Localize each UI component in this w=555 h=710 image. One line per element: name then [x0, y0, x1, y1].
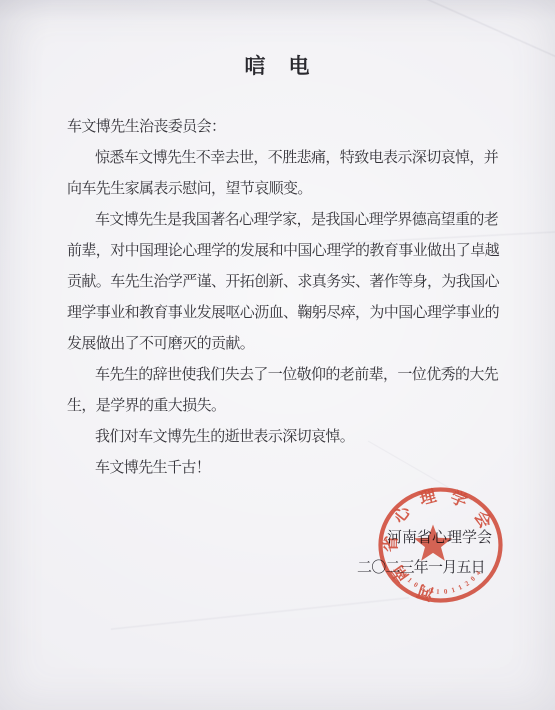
letter-line: 向车先生家属表示慰问，望节哀顺变。: [67, 174, 507, 205]
letter-line: 车先生的辞世使我们失去了一位敬仰的老前辈，一位优秀的大先: [67, 360, 507, 391]
letter-line: 生，是学界的重大损失。: [67, 391, 507, 422]
official-red-seal: 河南省心理学会 410201011204: [372, 481, 509, 609]
letter-line-salutation: 车文博先生治丧委员会：: [67, 112, 507, 143]
seal-star-icon: [414, 525, 452, 561]
letter-line: 车文博先生是我国著名心理学家，是我国心理学界德高望重的老: [67, 205, 507, 236]
document-title: 唁 电: [0, 50, 555, 80]
letter-line: 贡献。车先生治学严谨、开拓创新、求真务实、著作等身，为我国心: [67, 267, 507, 298]
letter-line: 理学事业和教育事业发展呕心沥血、鞠躬尽瘁，为中国心理学事业的: [67, 298, 507, 329]
letter-line: 发展做出了不可磨灭的贡献。: [67, 329, 507, 360]
letter-line-closing: 车文博先生千古！: [67, 453, 507, 484]
letter-line: 惊悉车文博先生不幸去世，不胜悲痛，特致电表示深切哀悼，并: [67, 143, 507, 174]
paper-crease: [111, 596, 410, 630]
letter-line: 前辈，对中国理论心理学的发展和中国心理学的教育事业做出了卓越: [67, 236, 507, 267]
letter-body: 车文博先生治丧委员会： 惊悉车文博先生不幸去世，不胜悲痛，特致电表示深切哀悼，并…: [67, 112, 507, 484]
scanned-letter-page: 唁 电 车文博先生治丧委员会： 惊悉车文博先生不幸去世，不胜悲痛，特致电表示深切…: [0, 0, 555, 710]
letter-line: 我们对车文博先生的逝世表示深切哀悼。: [67, 422, 507, 453]
